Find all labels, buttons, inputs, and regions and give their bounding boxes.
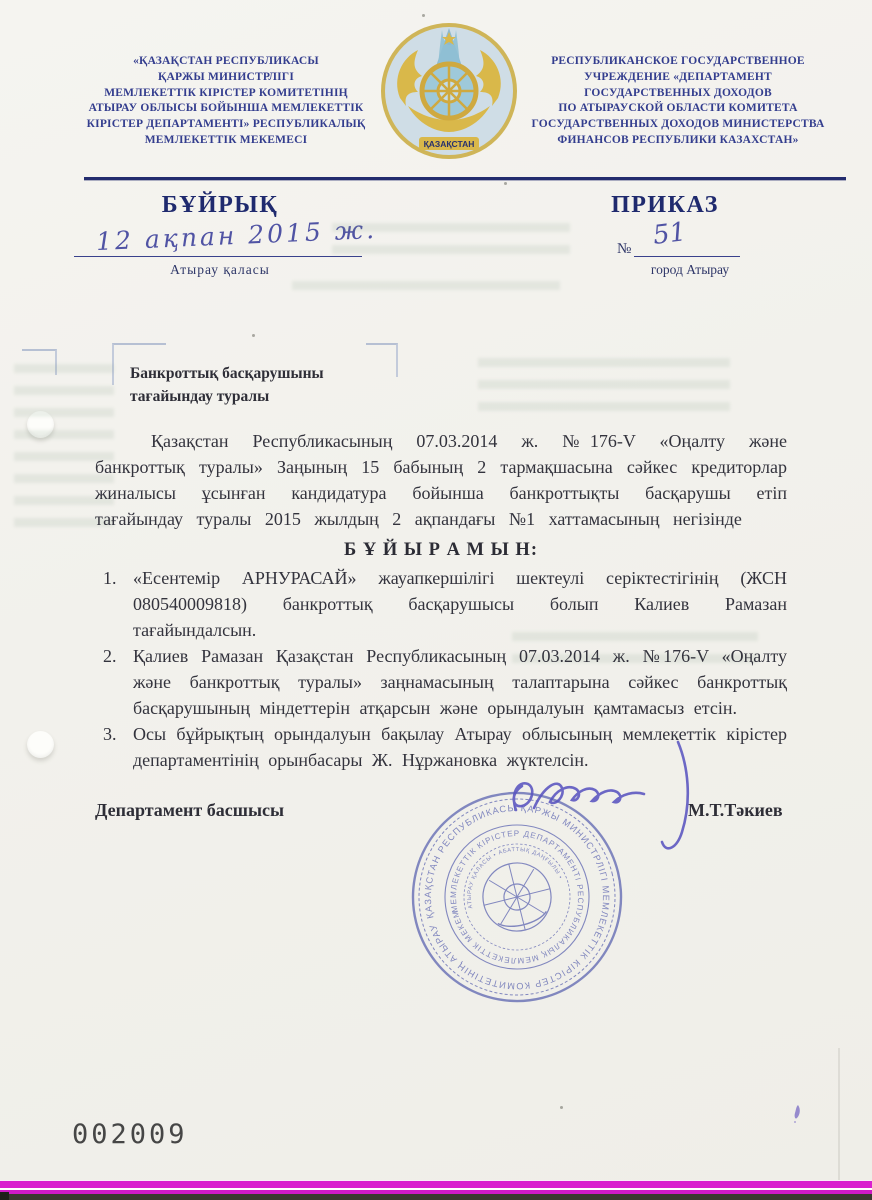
item-text: «Есентемір АРНУРАСАЙ» жауапкершілігі шек… — [133, 565, 787, 643]
decree-heading: Б Ұ Й Ы Р А М Ы Н: — [95, 537, 787, 563]
number-sign: № — [617, 241, 631, 258]
scanned-order-page: «ҚАЗАҚСТАН РЕСПУБЛИКАСЫ ҚАРЖЫ МИНИСТРЛІГ… — [0, 0, 872, 1200]
bleedthrough-ghost — [292, 281, 560, 301]
order-item: 2. Қалиев Рамазан Қазақстан Республикасы… — [95, 643, 787, 721]
signature-scribble — [482, 736, 722, 868]
place-kazakh: Атырау қаласы — [120, 262, 320, 278]
paper-edge-line — [838, 1048, 840, 1180]
date-underline — [74, 256, 362, 257]
bleedthrough-ghost — [332, 223, 570, 255]
handwritten-order-number: 51 — [651, 217, 688, 251]
item-number: 1. — [95, 565, 133, 643]
org-name-russian: РЕСПУБЛИКАНСКОЕ ГОСУДАРСТВЕННОЕ УЧРЕЖДЕН… — [496, 54, 860, 149]
place-russian: город Атырау — [625, 262, 755, 278]
preamble-paragraph: Қазақстан Республикасының 07.03.2014 ж. … — [95, 428, 787, 532]
punch-hole-bottom — [27, 731, 54, 758]
order-body: Қазақстан Республикасының 07.03.2014 ж. … — [95, 428, 787, 773]
order-subject: Банкроттық басқарушыны тағайындау туралы — [130, 362, 324, 408]
order-item: 1. «Есентемір АРНУРАСАЙ» жауапкершілігі … — [95, 565, 787, 643]
scanner-corner-nub — [0, 1192, 9, 1200]
org-name-kazakh: «ҚАЗАҚСТАН РЕСПУБЛИКАСЫ ҚАРЖЫ МИНИСТРЛІГ… — [58, 54, 394, 149]
emblem-banner-text: ҚАЗАҚСТАН — [424, 139, 475, 149]
header-divider-line — [84, 177, 846, 180]
form-number: 002009 — [72, 1119, 188, 1150]
item-text: Қалиев Рамазан Қазақстан Республикасының… — [133, 643, 787, 721]
scanner-dark-strip — [0, 1194, 872, 1200]
number-underline — [634, 256, 740, 257]
item-number: 2. — [95, 643, 133, 721]
scanner-magenta-strip — [0, 1180, 872, 1194]
corner-crop-mark — [366, 343, 398, 377]
signer-position-title: Департамент басшысы — [95, 800, 284, 821]
bleedthrough-ghost — [478, 358, 730, 420]
order-title-kazakh: БҰЙРЫҚ — [120, 192, 320, 219]
item-number: 3. — [95, 721, 133, 773]
order-title-russian: ПРИКАЗ — [575, 192, 755, 219]
ink-blot — [791, 1104, 803, 1124]
